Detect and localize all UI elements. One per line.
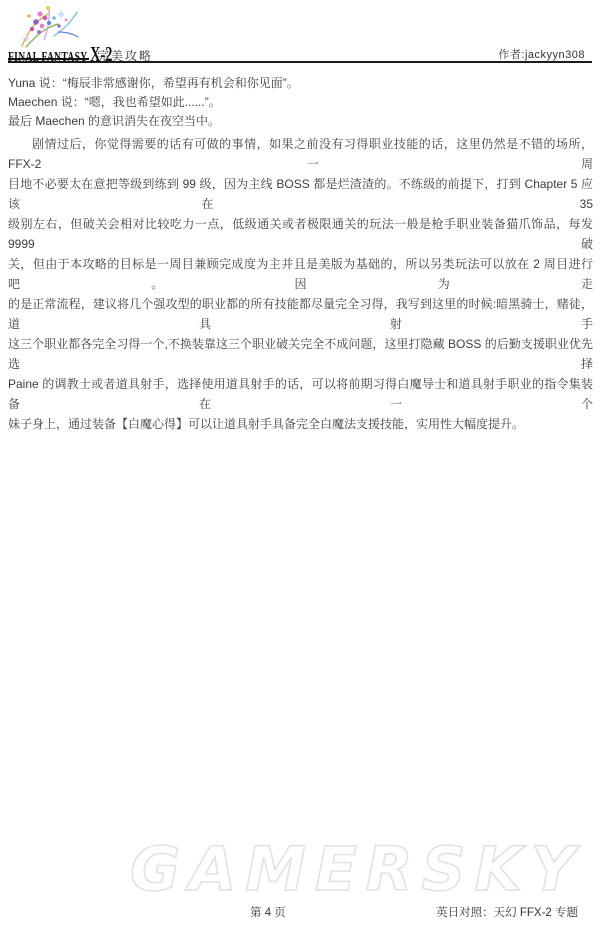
author-credit: 作者:jackyyn308 xyxy=(498,46,585,62)
header-divider xyxy=(8,61,592,63)
paragraph-line: 目地不必要太在意把等级到练到 99 级，因为主线 BOSS 都是烂渣渣的。不练级… xyxy=(8,174,593,214)
guide-paragraph: 剧情过后，你觉得需要的话有可做的事情，如果之前没有习得职业技能的话，这里仍然是不… xyxy=(8,134,593,434)
gamersky-watermark: GAMERSKY xyxy=(128,834,583,906)
dialogue-line: 最后 Maechen 的意识消失在夜空当中。 xyxy=(8,112,592,131)
paragraph-line: Paine 的调教士或者道具射手，选择使用道具射手的话，可以将前期习得白魔导士和… xyxy=(8,374,593,414)
dialogue-line: Yuna 说：“梅辰非常感谢你，希望再有机会和你见面”。 xyxy=(8,74,592,93)
logo-underline xyxy=(8,58,89,60)
paragraph-line: 的是正常流程，建议将几个强攻型的职业都的所有技能都尽量完全习得，我写到这里的时候… xyxy=(8,294,593,334)
paragraph-line: 这三个职业都各完全习得一个,不换装靠这三个职业破关完全不成问题，这里打隐藏 BO… xyxy=(8,334,593,374)
paragraph-line: 剧情过后，你觉得需要的话有可做的事情，如果之前没有习得职业技能的话，这里仍然是不… xyxy=(8,134,593,174)
dialogue-line: Maechen 说：“嗯，我也希望如此......”。 xyxy=(8,93,592,112)
dialogue-block: Yuna 说：“梅辰非常感谢你，希望再有机会和你见面”。 Maechen 说：“… xyxy=(8,74,592,131)
paragraph-line: 关，但由于本攻略的目标是一周目兼顾完成度为主并且是美版为基础的，所以另类玩法可以… xyxy=(8,254,593,294)
paragraph-line: 级别左右，但破关会相对比较吃力一点，低级通关或者极限通关的玩法一般是枪手职业装备… xyxy=(8,214,593,254)
paragraph-line: 妹子身上，通过装备【白魔心得】可以让道具射手具备完全白魔法支援技能，实用性大幅度… xyxy=(8,414,593,434)
footer-topic-label: 英日对照：天幻 FFX-2 专题 xyxy=(436,904,578,920)
watermark-text: GAMERSKY xyxy=(130,834,583,905)
document-page: FINAL FANTASY X-2 完美攻略 作者:jackyyn308 Yun… xyxy=(0,0,600,931)
page-number: 第 4 页 xyxy=(250,904,286,920)
